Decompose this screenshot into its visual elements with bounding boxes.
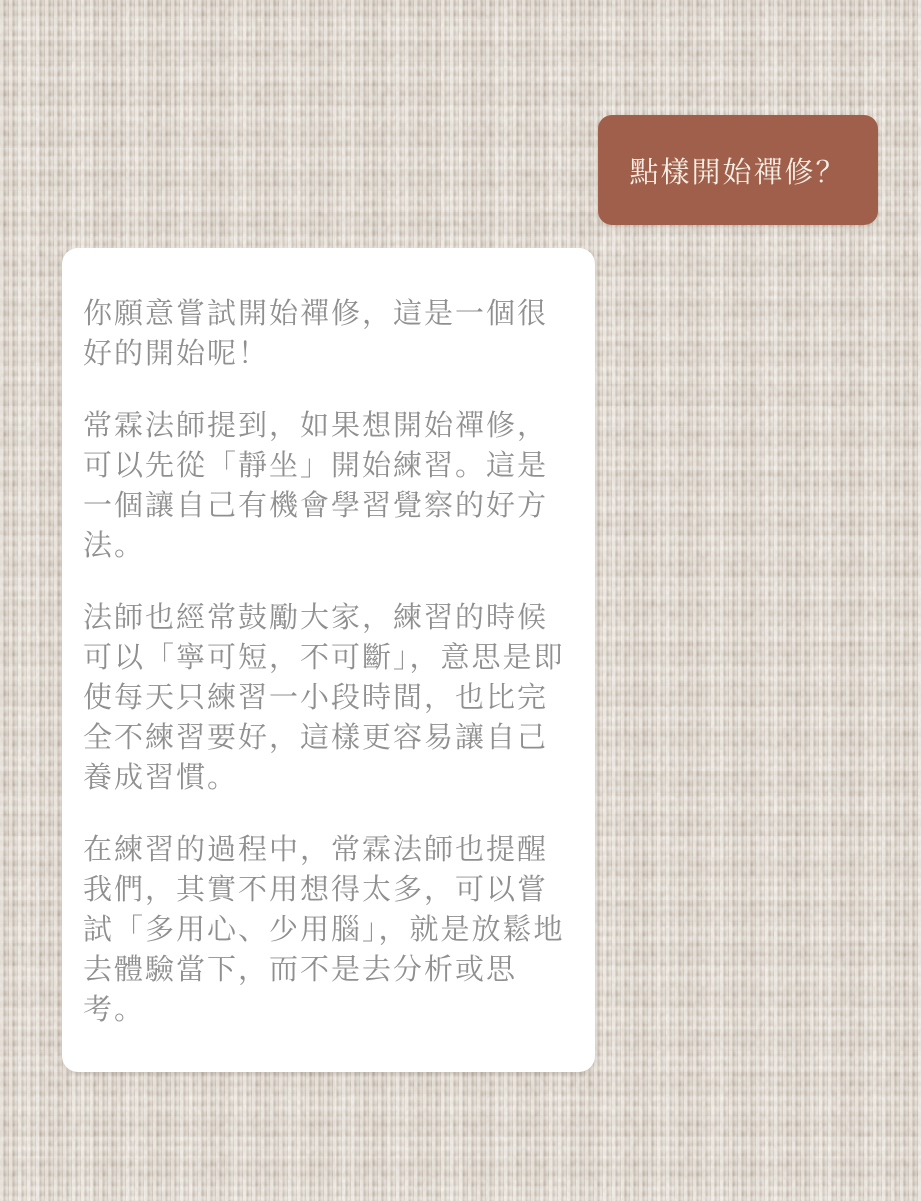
user-message-bubble: 點樣開始禪修？ xyxy=(598,115,878,225)
message-paragraph-3: 法師也經常鼓勵大家，練習的時候可以「寧可短，不可斷」，意思是即使每天只練習一小段… xyxy=(83,598,567,798)
user-message-text: 點樣開始禪修？ xyxy=(629,150,846,191)
message-paragraph-2: 常霖法師提到，如果想開始禪修，可以先從「靜坐」開始練習。這是一個讓自己有機會學習… xyxy=(83,406,567,566)
assistant-message-bubble: 你願意嘗試開始禪修，這是一個很好的開始呢！ 常霖法師提到，如果想開始禪修，可以先… xyxy=(62,248,595,1072)
chat-screen: 點樣開始禪修？ 你願意嘗試開始禪修，這是一個很好的開始呢！ 常霖法師提到，如果想… xyxy=(0,0,921,1201)
message-paragraph-1: 你願意嘗試開始禪修，這是一個很好的開始呢！ xyxy=(83,294,567,374)
message-paragraph-4: 在練習的過程中，常霖法師也提醒我們，其實不用想得太多，可以嘗試「多用心、少用腦」… xyxy=(83,830,567,1030)
